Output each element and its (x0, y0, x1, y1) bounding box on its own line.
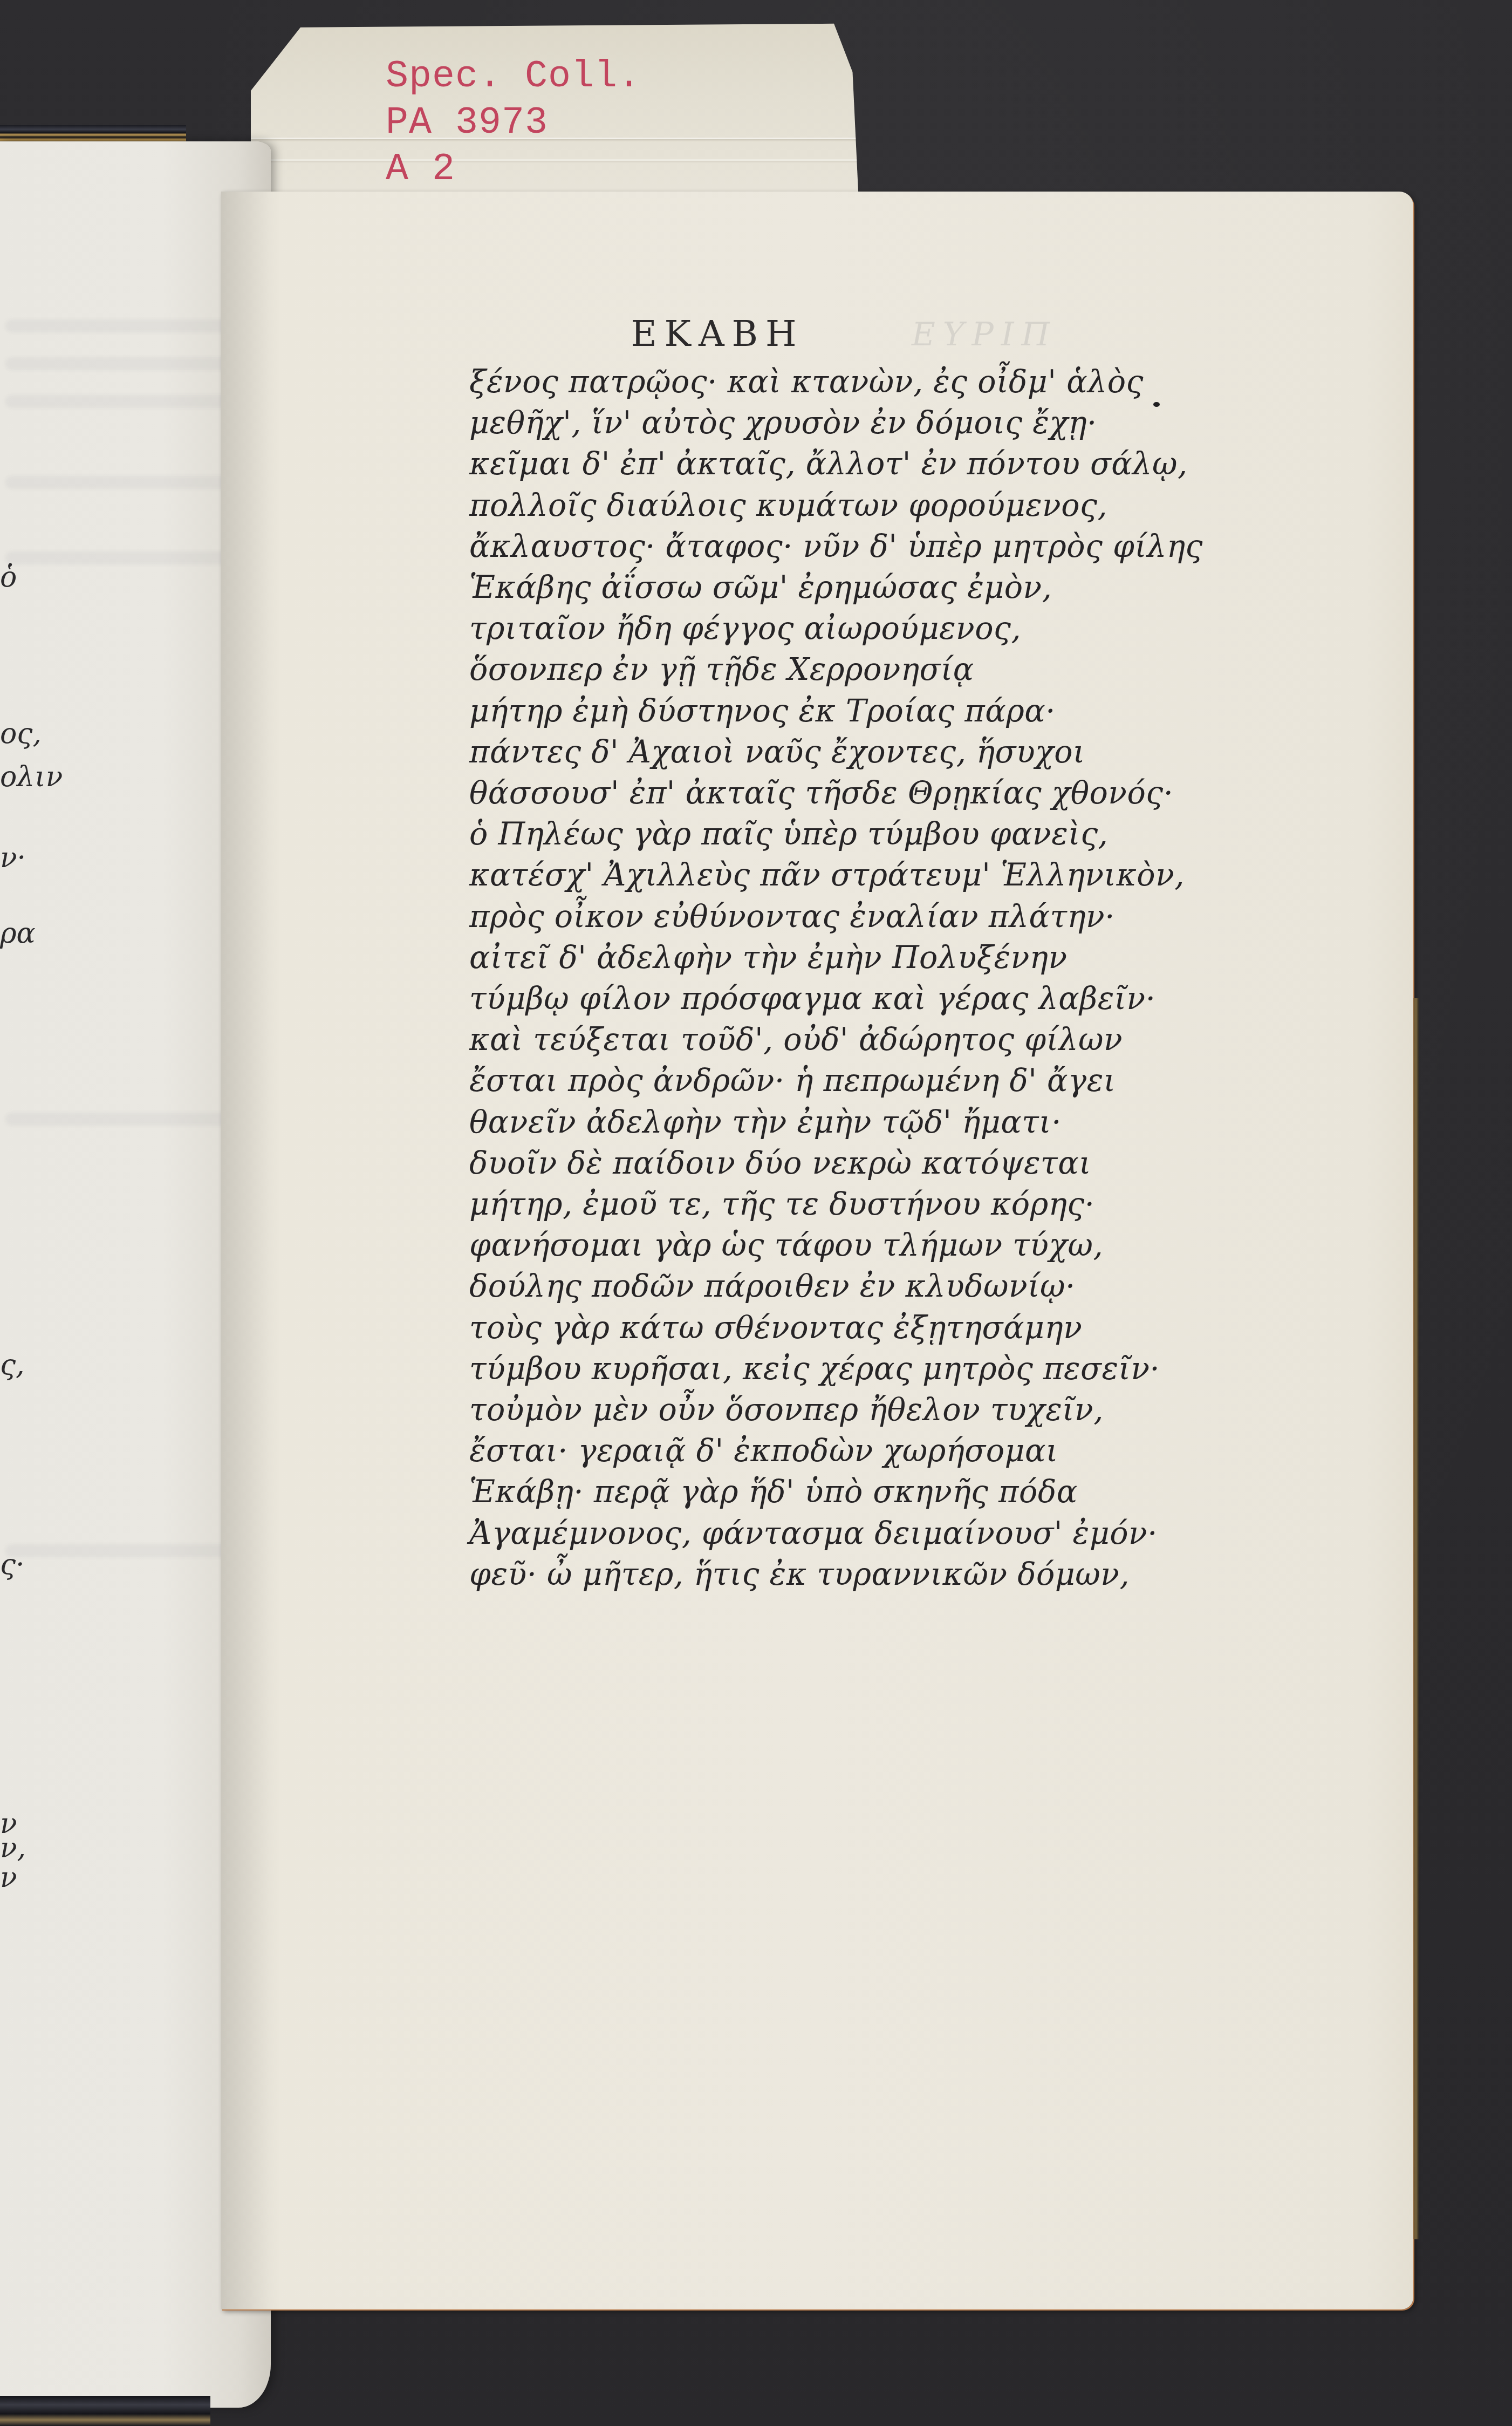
verse-line: τριταῖον ἤδη φέγγος αἰωρούμενος, (469, 608, 1203, 649)
verse-line: κατέσχ' Ἀχιλλεὺς πᾶν στράτευμ' Ἑλληνικὸν… (469, 855, 1203, 896)
verse-line: μήτηρ, ἐμοῦ τε, τῆς τε δυστήνου κόρης· (469, 1184, 1203, 1225)
left-page-text-fragment: ν (0, 1862, 17, 1894)
verse-line: τοὐμὸν μὲν οὖν ὅσονπερ ἤθελον τυχεῖν, (469, 1389, 1203, 1430)
verse-line: φεῦ· ὦ μῆτερ, ἥτις ἐκ τυραννικῶν δόμων, (469, 1554, 1203, 1595)
verse-line: κεῖμαι δ' ἐπ' ἀκταῖς, ἄλλοτ' ἐν πόντου σ… (469, 444, 1203, 485)
verse-line: Ἑκάβῃ· περᾷ γὰρ ἥδ' ὑπὸ σκηνῆς πόδα (469, 1471, 1203, 1512)
left-page-text-fragment: ρα (0, 917, 36, 950)
left-page-text-fragment: ν, (0, 1832, 26, 1864)
right-page: ΕΥΡΙΠ ΕΚΑΒΗ ξένος πατρῷος· καὶ κτανὼν, ἐ… (221, 192, 1413, 2309)
verse-line: πάντες δ' Ἀχαιοὶ ναῦς ἔχοντες, ἥσυχοι (469, 732, 1203, 773)
verse-line: δυοῖν δὲ παίδοιν δύο νεκρὼ κατόψεται (469, 1143, 1203, 1184)
verse-line: Ἀγαμέμνονος, φάντασμα δειμαίνουσ' ἐμόν· (469, 1513, 1203, 1554)
verse-line: Ἑκάβης ἀΐσσω σῶμ' ἐρημώσας ἐμὸν, (469, 567, 1203, 608)
left-page-text-fragment: ν· (0, 842, 26, 874)
call-number-line: PA 3973 (386, 100, 641, 147)
gutter-shadow (221, 192, 280, 2309)
running-head: ΕΚΑΒΗ (221, 313, 1413, 355)
verse-block: ξένος πατρῷος· καὶ κτανὼν, ἐς οἶδμ' ἁλὸς… (469, 362, 1203, 1595)
verse-line: καὶ τεύξεται τοῦδ', οὐδ' ἀδώρητος φίλων (469, 1019, 1203, 1060)
book-fore-edge (1413, 998, 1419, 2239)
call-number: Spec. Coll. PA 3973 A 2 (386, 54, 641, 193)
book-binding-bottom (0, 2396, 210, 2426)
ink-spot (1153, 402, 1160, 407)
verse-line: θανεῖν ἀδελφὴν τὴν ἐμὴν τῷδ' ἤματι· (469, 1102, 1203, 1143)
verse-line: ὁ Πηλέως γὰρ παῖς ὑπὲρ τύμβου φανεὶς, (469, 814, 1203, 855)
verse-line: θάσσουσ' ἐπ' ἀκταῖς τῆσδε Θρῃκίας χθονός… (469, 773, 1203, 814)
verse-line: τύμβου κυρῆσαι, κεἰς χέρας μητρὸς πεσεῖν… (469, 1348, 1203, 1389)
verse-line: φανήσομαι γὰρ ὡς τάφου τλήμων τύχω, (469, 1225, 1203, 1266)
verse-line: δούλης ποδῶν πάροιθεν ἐν κλυδωνίῳ· (469, 1266, 1203, 1307)
verse-line: ὅσονπερ ἐν γῇ τῇδε Χερρονησίᾳ (469, 649, 1203, 690)
verse-line: ἔσται· γεραιᾷ δ' ἐκποδὼν χωρήσομαι (469, 1430, 1203, 1471)
left-page-text-fragment: ς· (0, 1549, 25, 1581)
call-number-slip: Spec. Coll. PA 3973 A 2 (251, 16, 871, 202)
verse-line: πολλοῖς διαύλοις κυμάτων φορούμενος, (469, 485, 1203, 526)
left-page-text-fragment: ολιν (0, 761, 63, 793)
call-number-line: Spec. Coll. (386, 54, 641, 100)
verse-line: ἔσται πρὸς ἀνδρῶν· ἡ πεπρωμένη δ' ἄγει (469, 1060, 1203, 1101)
verse-line: πρὸς οἶκον εὐθύνοντας ἐναλίαν πλάτην· (469, 896, 1203, 937)
verse-line: ἄκλαυστος· ἄταφος· νῦν δ' ὑπὲρ μητρὸς φί… (469, 526, 1203, 567)
verse-line: μεθῆχ', ἵν' αὐτὸς χρυσὸν ἐν δόμοις ἔχῃ· (469, 403, 1203, 444)
left-page-text-fragment: ς, (0, 1349, 25, 1381)
verse-line: ξένος πατρῷος· καὶ κτανὼν, ἐς οἶδμ' ἁλὸς (469, 362, 1203, 403)
call-number-line: A 2 (386, 147, 641, 193)
left-page-text-fragment: ὁ (0, 561, 17, 594)
left-page-text-fragment: ος, (0, 718, 42, 750)
verse-line: τοὺς γὰρ κάτω σθένοντας ἐξῃτησάμην (469, 1307, 1203, 1348)
verse-line: αἰτεῖ δ' ἀδελφὴν τὴν ἐμὴν Πολυξένην (469, 937, 1203, 978)
verse-line: τύμβῳ φίλον πρόσφαγμα καὶ γέρας λαβεῖν· (469, 978, 1203, 1019)
verse-line: μήτηρ ἐμὴ δύστηνος ἐκ Τροίας πάρα· (469, 691, 1203, 732)
